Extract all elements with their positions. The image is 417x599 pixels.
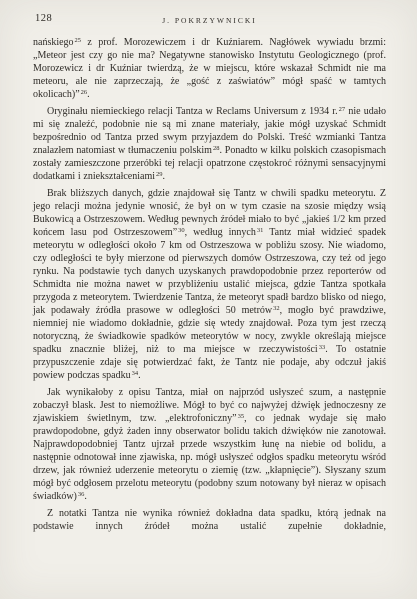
footnote-ref-25: 25 bbox=[74, 37, 82, 44]
footnote-ref-33: 33 bbox=[318, 344, 326, 351]
footnote-ref-31: 31 bbox=[256, 227, 264, 234]
paragraph-2: Oryginału niemieckiego relacji Tantza w … bbox=[33, 105, 386, 183]
footnote-ref-26: 26 bbox=[80, 89, 88, 96]
paragraph-4: Jak wynikałoby z opisu Tantza, miał on n… bbox=[33, 386, 386, 503]
footnote-ref-35: 35 bbox=[237, 413, 245, 420]
paragraph-3: Brak bliższych danych, gdzie znajdował s… bbox=[33, 187, 386, 382]
page-header: 128 J. POKRZYWNICKI bbox=[33, 13, 386, 27]
footnote-ref-28: 28 bbox=[212, 145, 220, 152]
document-page: 128 J. POKRZYWNICKI nańskiego25 z prof. … bbox=[0, 0, 417, 599]
running-header-author: J. POKRZYWNICKI bbox=[33, 16, 386, 25]
footnote-ref-32: 32 bbox=[272, 305, 280, 312]
paragraph-5: Z notatki Tantza nie wynika również dokł… bbox=[33, 507, 386, 533]
footnote-ref-29: 29 bbox=[155, 171, 163, 178]
footnote-ref-34: 34 bbox=[131, 370, 139, 377]
footnote-ref-30: 30 bbox=[177, 227, 185, 234]
body-text: nańskiego25 z prof. Morozewiczem i dr Ku… bbox=[33, 36, 386, 533]
footnote-ref-36: 36 bbox=[77, 491, 85, 498]
footnote-ref-27: 27 bbox=[338, 106, 346, 113]
paragraph-1: nańskiego25 z prof. Morozewiczem i dr Ku… bbox=[33, 36, 386, 101]
